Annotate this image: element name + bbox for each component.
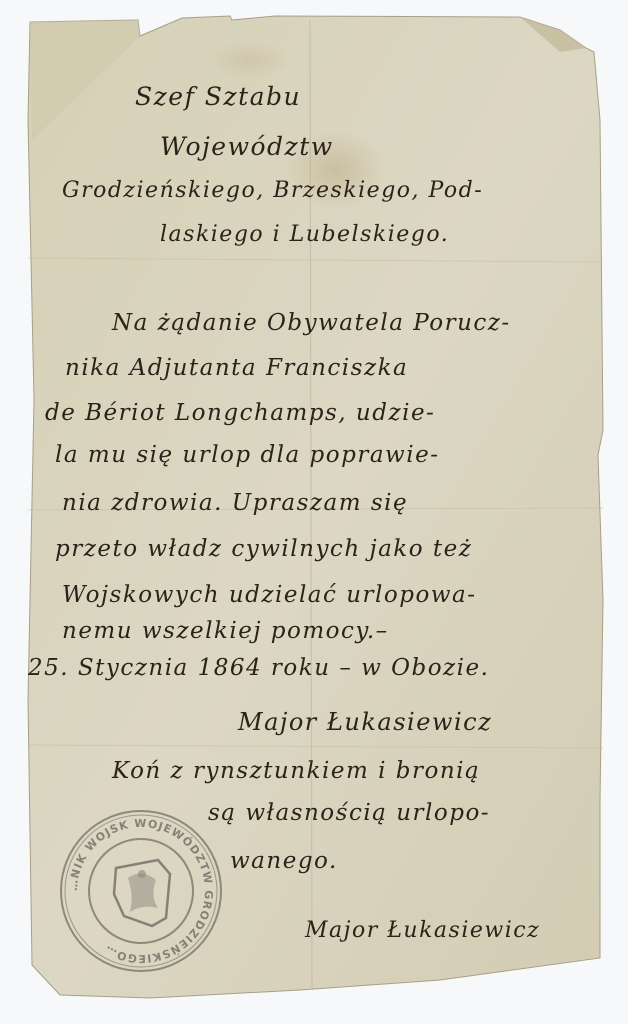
body-line-4: la mu się urlop dla poprawie- <box>55 442 439 468</box>
header-line-2: Województw <box>160 132 334 161</box>
dateline: 25. Stycznia 1864 roku – w Obozie. <box>28 655 489 681</box>
scan-canvas: Szef Sztabu Województw Grodzieńskiego, B… <box>0 0 628 1024</box>
body-line-8: nemu wszelkiej pomocy.– <box>62 618 389 644</box>
date-text: Stycznia 1864 roku – w Obozie. <box>78 655 490 681</box>
body-line-3: de Bériot Longchamps, udzie- <box>45 400 435 426</box>
body-line-5: nia zdrowia. Upraszam się <box>62 490 408 516</box>
postscript-line-1: Koń z rynsztunkiem i bronią <box>112 758 480 784</box>
date-day: 25. <box>28 655 69 681</box>
body-line-1: Na żądanie Obywatela Porucz- <box>112 310 511 336</box>
body-line-7: Wojskowych udzielać urlopowa- <box>62 582 476 608</box>
postscript-line-2: są własnością urlopo- <box>208 800 490 826</box>
header-line-3: Grodzieńskiego, Brzeskiego, Pod- <box>62 178 483 203</box>
official-seal-stamp: …NIK WOJSK WOJEWÓDZTW GRODZIEŃSKIEGO… <box>58 808 224 974</box>
header-line-1: Szef Sztabu <box>135 82 301 111</box>
signature-1: Major Łukasiewicz <box>238 708 492 736</box>
eagle-emblem-icon <box>114 860 170 926</box>
header-line-4: laskiego i Lubelskiego. <box>160 222 449 247</box>
signature-2: Major Łukasiewicz <box>305 918 540 943</box>
body-line-2: nika Adjutanta Franciszka <box>65 355 408 381</box>
postscript-line-3: wanego. <box>230 848 338 874</box>
body-line-6: przeto władz cywilnych jako też <box>55 536 472 562</box>
